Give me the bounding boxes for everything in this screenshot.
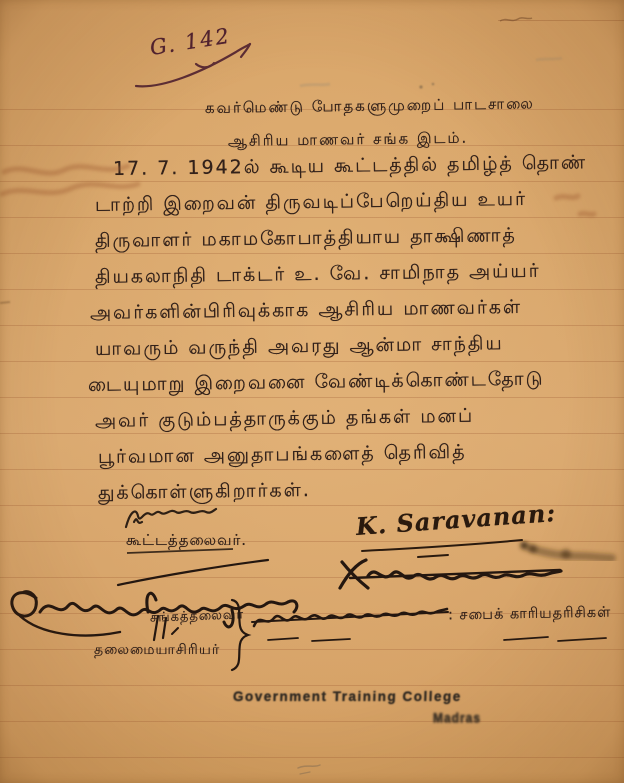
- heading-line-2: ஆசிரிய மாணவர் சங்க இடம்.: [228, 129, 469, 152]
- headmaster-title: தலைமையாசிரியர்: [94, 642, 220, 660]
- chairman-title: கூட்டத்தலைவர்.: [126, 531, 247, 551]
- reference-number: G. 142: [148, 24, 232, 60]
- government-stamp-line-1: Government Training College: [233, 689, 462, 704]
- secretaries-title: : சபைக் காரியதரிசிகள்: [448, 605, 612, 626]
- top-ruled-line: [498, 20, 624, 21]
- document-page: G. 142 கவர்மெண்டு போதகளுமுறைப் பாடசாலை ஆ…: [0, 0, 624, 783]
- government-stamp-line-2: Madras: [433, 710, 481, 726]
- president-title: சங்கத்தலைவர்: [150, 607, 245, 626]
